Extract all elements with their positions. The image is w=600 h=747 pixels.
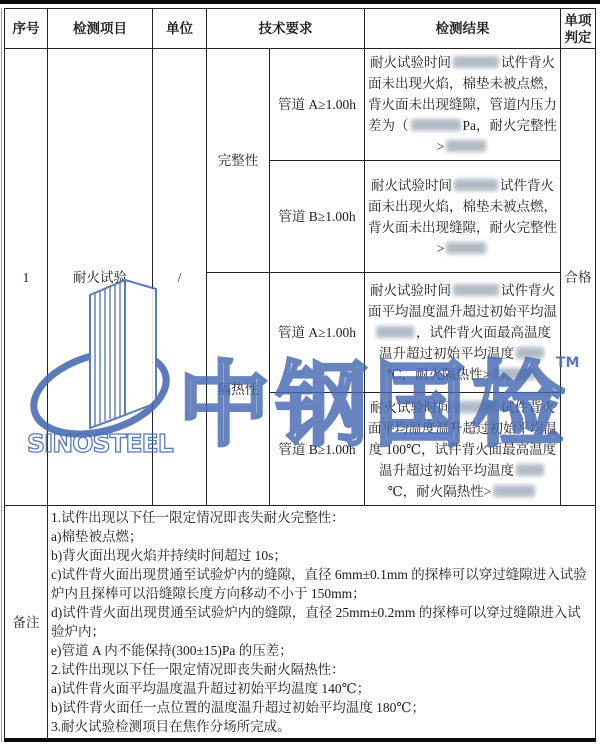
redacted-value <box>446 242 486 254</box>
col-header-requirement: 技术要求 <box>207 9 365 49</box>
redacted-value <box>516 347 544 359</box>
remark-line: d)试件背火面出现贯通至试验炉内的缝隙，直径 25mm±0.2mm 的探棒可以穿… <box>51 603 592 641</box>
remark-line: e)管道 A 内不能保持(300±15)Pa 的压差； <box>51 641 592 660</box>
result-cell-1: 耐火试验时间试件背火面未出现火焰，棉垫未被点燃，背火面未出现缝隙，管道内压力差为… <box>365 49 561 161</box>
redacted-value <box>453 401 499 413</box>
col-header-result: 检测结果 <box>365 9 561 49</box>
remarks-row: 备注 1.试件出现以下任一限定情况即丧失耐火完整性：a)棉垫被点燃；b)背火面出… <box>5 506 596 741</box>
requirement-group-insulation: 隔热性 <box>207 273 270 506</box>
scan-edge-line <box>1 8 2 742</box>
redacted-value <box>453 56 499 68</box>
remark-line: b)背火面出现火焰并持续时间超过 10s； <box>51 546 592 565</box>
result-cell-4: 耐火试验时间试件背火面平均温度温升超过初始平均温度 100℃，试件背火面最高温度… <box>365 393 561 506</box>
requirement-pipe-b1: 管道 B≥1.00h <box>270 161 365 273</box>
serial-number-cell: 1 <box>5 49 48 506</box>
redacted-value <box>454 179 498 191</box>
redacted-value <box>453 284 499 296</box>
redacted-value <box>446 140 486 152</box>
col-header-verdict: 单项判定 <box>561 9 596 49</box>
redacted-value <box>516 464 544 476</box>
requirement-pipe-a2: 管道 A≥1.00h <box>270 273 365 393</box>
test-report-table: 序号 检测项目 单位 技术要求 检测结果 单项判定 1 耐火试验 / 完整性 管… <box>4 8 596 742</box>
remark-line: 3.耐火试验检测项目在焦作分场所完成。 <box>51 717 592 736</box>
redacted-value <box>411 119 461 131</box>
verdict-cell: 合格 <box>561 49 596 506</box>
col-header-serial: 序号 <box>5 9 48 49</box>
redacted-value <box>493 485 535 497</box>
remark-line: 1.试件出现以下任一限定情况即丧失耐火完整性： <box>51 508 592 527</box>
result-cell-3: 耐火试验时间试件背火面平均温度温升超过初始平均温，试件背火面最高温度温升超过初始… <box>365 273 561 393</box>
remark-line: b)试件背火面任一点位置的温度温升超过初始平均温度 180℃； <box>51 698 592 717</box>
remark-line: c)试件背火面出现贯通至试验炉内的缝隙，直径 6mm±0.1mm 的探棒可以穿过… <box>51 565 592 603</box>
remark-line: a)试件背火面平均温度温升超过初始平均温度 140℃； <box>51 679 592 698</box>
page-top-rule <box>0 0 600 4</box>
remark-line: a)棉垫被点燃； <box>51 527 592 546</box>
requirement-group-integrity: 完整性 <box>207 49 270 273</box>
requirement-pipe-b2: 管道 B≥1.00h <box>270 393 365 506</box>
col-header-unit: 单位 <box>153 9 207 49</box>
remark-line: 2.试件出现以下任一限定情况即丧失耐火隔热性： <box>51 660 592 679</box>
requirement-pipe-a1: 管道 A≥1.00h <box>270 49 365 161</box>
remarks-content: 1.试件出现以下任一限定情况即丧失耐火完整性：a)棉垫被点燃；b)背火面出现火焰… <box>48 506 596 741</box>
test-item-cell: 耐火试验 <box>48 49 153 506</box>
table-header-row: 序号 检测项目 单位 技术要求 检测结果 单项判定 <box>5 9 596 49</box>
table-row: 1 耐火试验 / 完整性 管道 A≥1.00h 耐火试验时间试件背火面未出现火焰… <box>5 49 596 161</box>
redacted-value <box>492 368 536 380</box>
unit-cell: / <box>153 49 207 506</box>
remarks-label: 备注 <box>5 506 48 741</box>
result-cell-2: 耐火试验时间试件背火面未出现火焰，棉垫未被点燃，背火面未出现缝隙，耐火完整性> <box>365 161 561 273</box>
redacted-value <box>376 326 414 338</box>
col-header-item: 检测项目 <box>48 9 153 49</box>
